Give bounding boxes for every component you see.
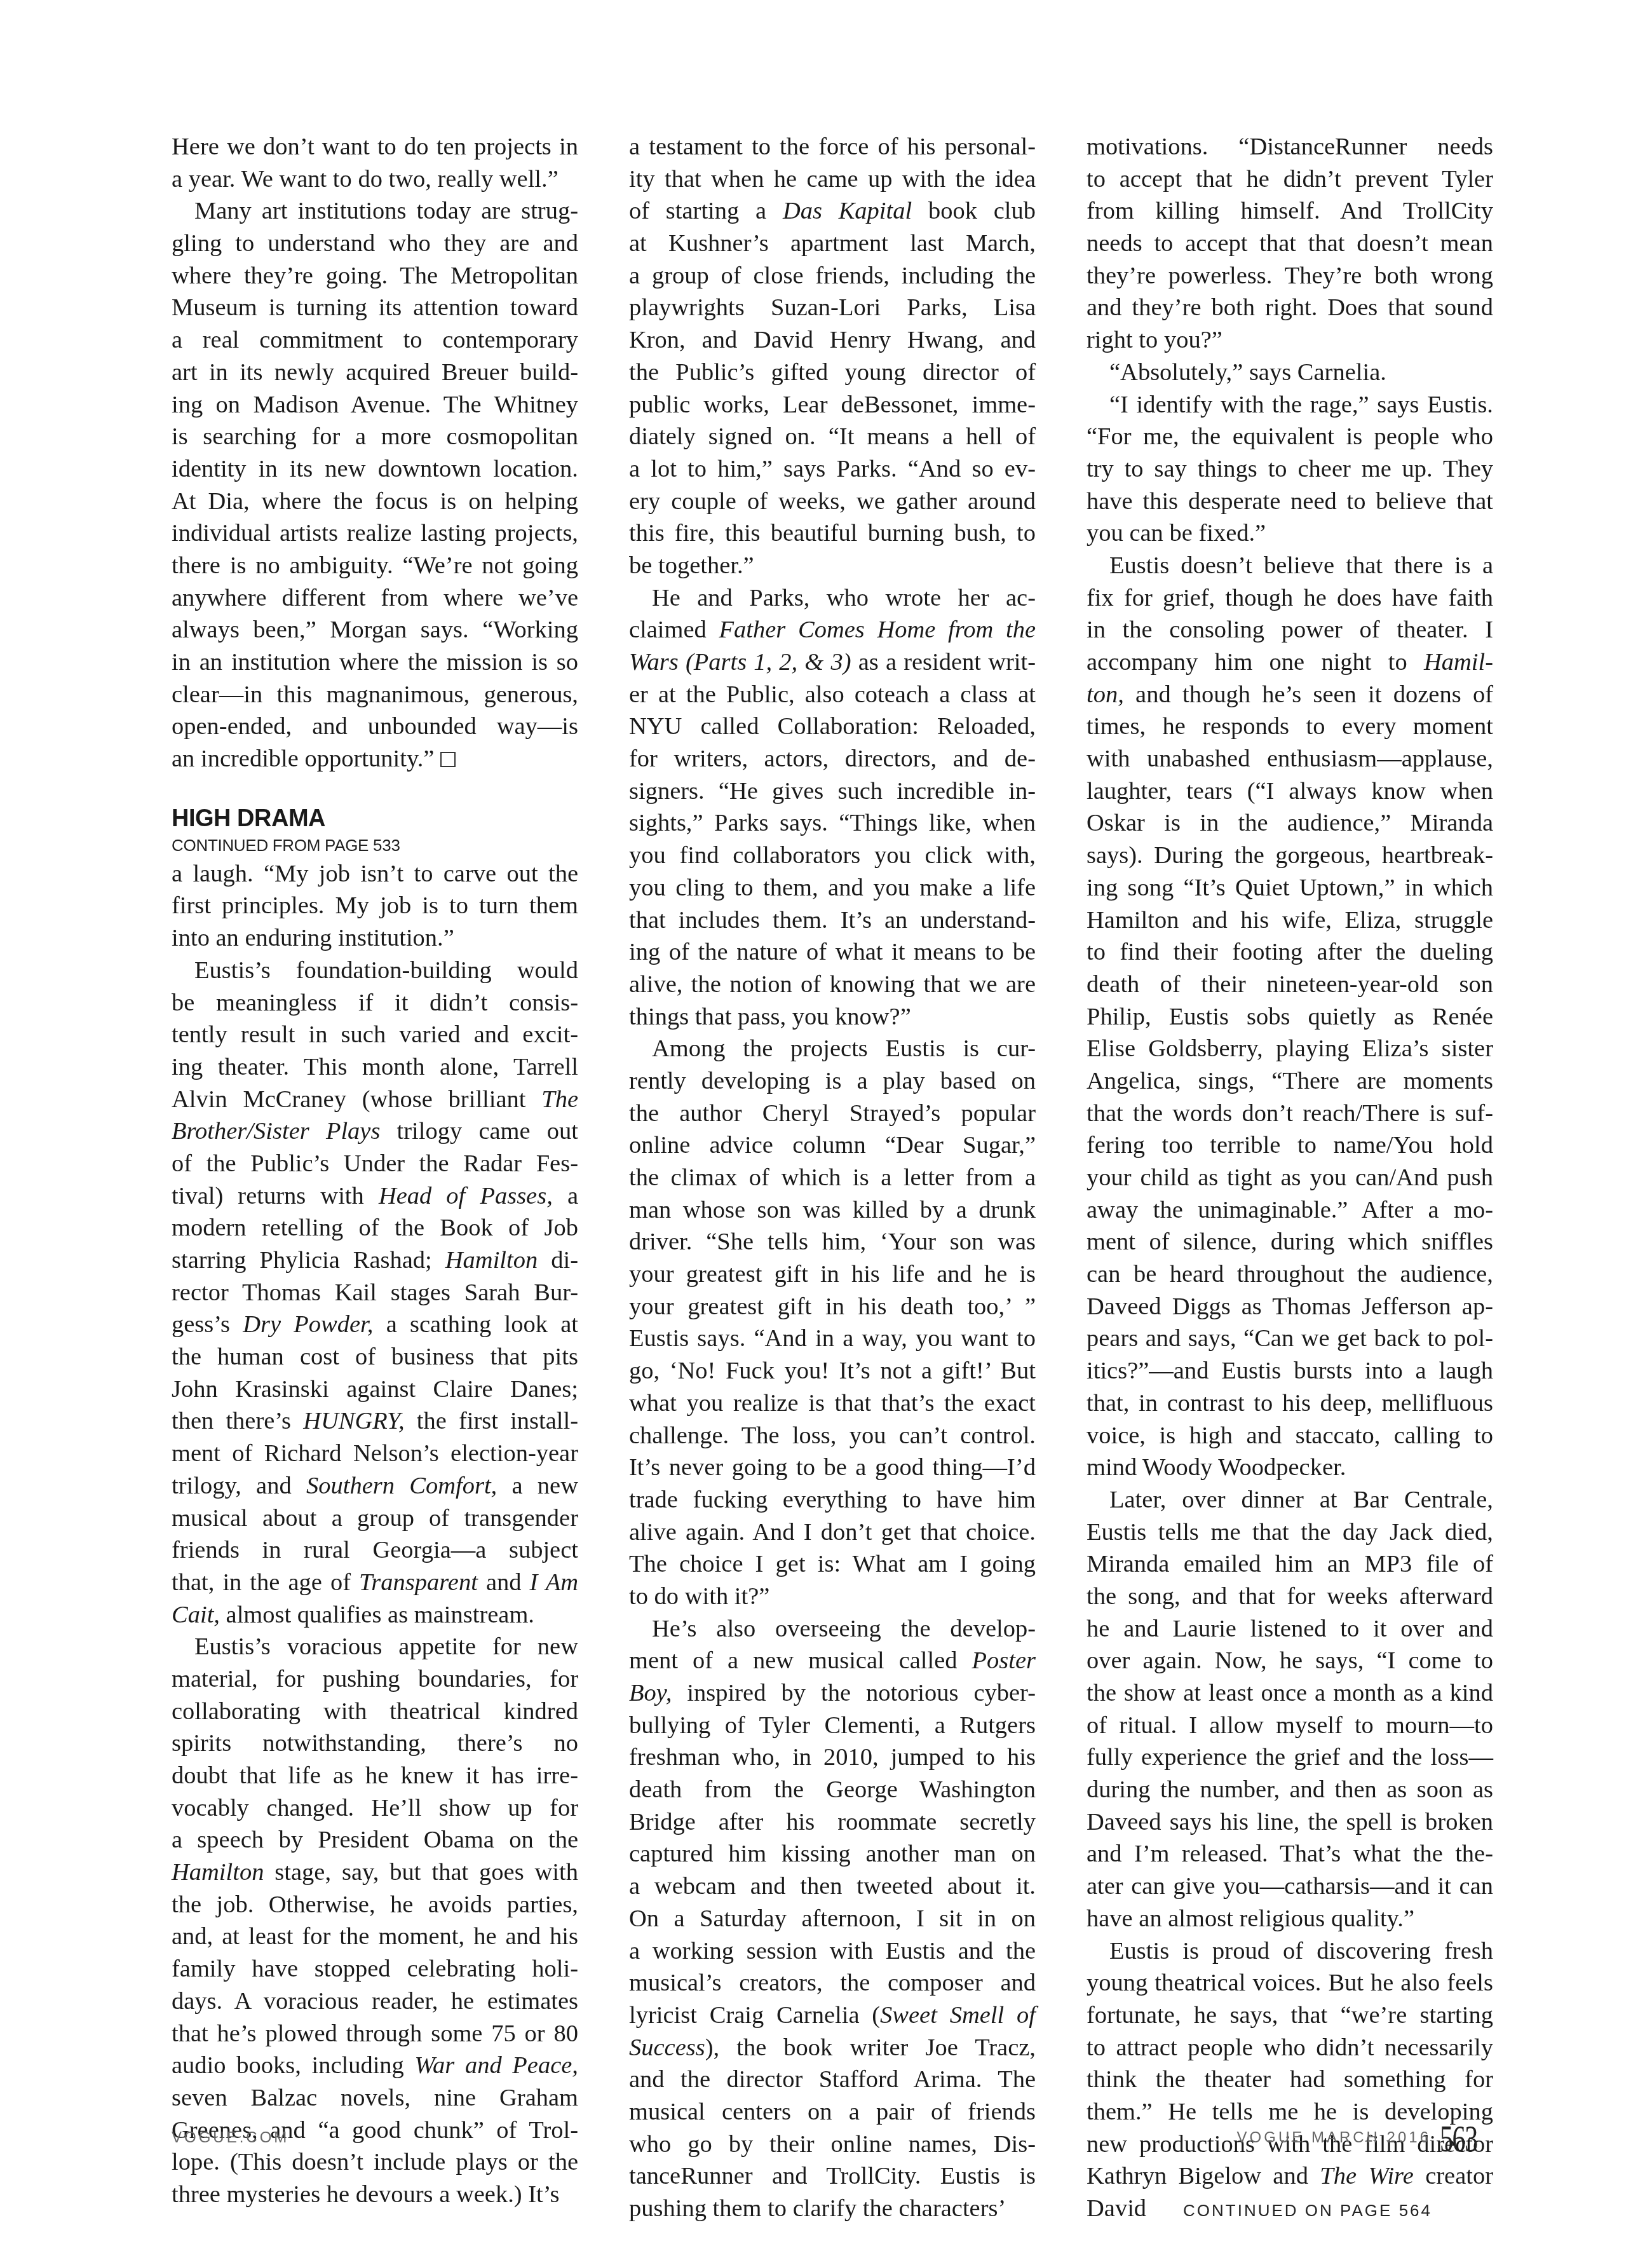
text-line: individual artists realize lasting proje… (172, 517, 578, 550)
text-line: material, for pushing boundaries, for (172, 1663, 578, 1696)
text-line: your greatest gift in his death too,’ ” (629, 1291, 1036, 1323)
text-run: anywhere different from where we’ve (172, 585, 578, 611)
text-line: there is no ambiguity. “We’re not going (172, 550, 578, 582)
text-run: and the director Stafford Arima. The (629, 2066, 1036, 2093)
text-run: rently developing is a play based on (629, 1068, 1036, 1094)
text-line: is searching for a more cosmopolitan (172, 421, 578, 453)
text-line: friends in rural Georgia—a subject (172, 1534, 578, 1567)
text-line: captured him kissing another man on (629, 1838, 1036, 1870)
text-line: playwrights Suzan-Lori Parks, Lisa (629, 292, 1036, 324)
text-line: musical centers on a pair of friends (629, 2096, 1036, 2128)
text-run: the show at least once a month as a kind (1087, 1680, 1493, 1706)
text-run: ater can give you—catharsis—and it can (1087, 1873, 1493, 1900)
text-run: ment of Richard Nelson’s election-year (172, 1440, 578, 1467)
italic-title: Cait, (172, 1602, 220, 1628)
text-run: a new (497, 1473, 578, 1499)
italic-title: Hamilton (172, 1859, 264, 1886)
text-run: sights,” Parks says. “Things like, when (629, 810, 1036, 836)
text-run: the climax of which is a letter from a (629, 1164, 1036, 1191)
text-run: motivations. “DistanceRunner needs (1087, 133, 1493, 160)
text-run: that he’s plowed through some 75 or 80 (172, 2020, 578, 2047)
text-run: material, for pushing boundaries, for (172, 1666, 578, 1692)
text-line: collaborating with theatrical kindred (172, 1696, 578, 1728)
text-run: identity in its new downtown location. (172, 456, 578, 482)
text-line: ment of a new musical called Poster (629, 1645, 1036, 1677)
text-run: that, in the age of (172, 1569, 359, 1596)
text-run: there is no ambiguity. “We’re not going (172, 552, 578, 579)
text-line: fix for grief, though he does have faith (1087, 582, 1493, 615)
text-line: family have stopped celebrating holi- (172, 1953, 578, 1985)
text-run: ing theater. This month alone, Tarrell (172, 1054, 578, 1080)
text-line: to accept that he didn’t prevent Tyler (1087, 163, 1493, 196)
text-run: lope. (This doesn’t include plays or the (172, 2149, 578, 2175)
text-line: Daveed Diggs as Thomas Jefferson ap- (1087, 1291, 1493, 1323)
text-run: the job. Otherwise, he avoids parties, (172, 1891, 578, 1918)
text-run: seven Balzac novels, nine Graham (172, 2085, 578, 2111)
text-line: pushing them to clarify the characters’ (629, 2193, 1036, 2225)
text-run: the Public’s gifted young director of (629, 359, 1036, 386)
text-line: have an almost religious quality.” (1087, 1903, 1493, 1935)
text-run: public works, Lear deBessonet, imme- (629, 391, 1036, 418)
text-run: an incredible opportunity.” (172, 745, 434, 772)
text-run: pears and says, “Can we get back to pol- (1087, 1325, 1493, 1352)
text-line: voice, is high and staccato, calling to (1087, 1420, 1493, 1452)
text-run: and (478, 1569, 530, 1596)
text-run: to accept that he didn’t prevent Tyler (1087, 166, 1493, 193)
text-line: ment of silence, during which sniffles (1087, 1226, 1493, 1258)
text-line: challenge. The loss, you can’t control. (629, 1420, 1036, 1452)
text-line: Here we don’t want to do ten projects in (172, 131, 578, 163)
text-run: you can be fixed.” (1087, 520, 1266, 547)
text-line: the author Cheryl Strayed’s popular (629, 1098, 1036, 1130)
italic-title: War and Peace, (415, 2052, 578, 2079)
text-run: the first install- (405, 1408, 578, 1434)
text-run: a lot to him,” says Parks. “And so ev- (629, 456, 1036, 482)
text-run: Kron, and David Henry Hwang, and (629, 327, 1036, 353)
text-line: DavidCONTINUED ON PAGE 564 (1087, 2193, 1493, 2225)
text-line: the job. Otherwise, he avoids parties, (172, 1889, 578, 1921)
text-run: as a resident writ- (851, 649, 1036, 676)
text-run: Eustis’s voracious appetite for new (194, 1633, 578, 1660)
text-line: Museum is turning its attention toward (172, 292, 578, 324)
text-line: right to you?” (1087, 324, 1493, 357)
text-line: that, in the age of Transparent and I Am (172, 1567, 578, 1599)
text-run: away the unimaginable.” After a mo- (1087, 1197, 1493, 1223)
text-line: Philip, Eustis sobs quietly as Renée (1087, 1001, 1493, 1033)
text-run: diately signed on. “It means a hell of (629, 423, 1036, 450)
text-line: the song, and that for weeks afterward (1087, 1581, 1493, 1613)
italic-title: Success (629, 2034, 705, 2061)
text-line: It’s never going to be a good thing—I’d (629, 1452, 1036, 1484)
text-line: musical’s creators, the composer and (629, 1967, 1036, 1999)
text-run: claimed (629, 616, 719, 643)
text-line: At Dia, where the focus is on helping (172, 486, 578, 518)
end-of-article-box-icon (440, 752, 456, 767)
text-run: first principles. My job is to turn them (172, 892, 578, 919)
text-run: Daveed Diggs as Thomas Jefferson ap- (1087, 1293, 1493, 1320)
text-run: where they’re going. The Metropolitan (172, 262, 578, 289)
text-run: collaborating with theatrical kindred (172, 1698, 578, 1725)
text-run: ment of a new musical called (629, 1647, 972, 1674)
text-line: a laugh. “My job isn’t to carve out the (172, 858, 578, 890)
italic-title: Sweet Smell of (880, 2002, 1036, 2029)
text-run: into an enduring institution.” (172, 925, 454, 951)
text-line: of starting a Das Kapital book club (629, 195, 1036, 228)
text-line: “For me, the equivalent is people who (1087, 421, 1493, 453)
text-line: of the Public’s Under the Radar Fes- (172, 1148, 578, 1180)
text-run: open-ended, and unbounded way—is (172, 713, 578, 740)
text-line: gling to understand who they are and (172, 228, 578, 260)
text-line: death of their nineteen-year-old son (1087, 969, 1493, 1001)
text-line: Angelica, sings, “There are moments (1087, 1065, 1493, 1098)
italic-title: ton, (1087, 681, 1124, 708)
text-run: a (553, 1183, 578, 1209)
text-run: for writers, actors, directors, and de- (629, 745, 1036, 772)
text-line: Alvin McCraney (whose brilliant The (172, 1084, 578, 1116)
text-run: Kathryn Bigelow and (1087, 2163, 1320, 2189)
text-line: days. A voracious reader, he estimates (172, 1985, 578, 2018)
text-line: motivations. “DistanceRunner needs (1087, 131, 1493, 163)
text-line: identity in its new downtown location. (172, 453, 578, 486)
text-run: online advice column “Dear Sugar,” (629, 1132, 1036, 1159)
text-run: ing song “It’s Quiet Uptown,” in which (1087, 875, 1493, 901)
text-run: art in its newly acquired Breuer build- (172, 359, 578, 386)
text-line: be meaningless if it didn’t consis- (172, 987, 578, 1019)
text-line: during the number, and then as soon as (1087, 1774, 1493, 1806)
text-run: gling to understand who they are and (172, 230, 578, 257)
text-line: go, ‘No! Fuck you! It’s not a gift!’ But (629, 1355, 1036, 1387)
text-line: your greatest gift in his life and he is (629, 1258, 1036, 1291)
text-run: He’s also overseeing the develop- (652, 1616, 1036, 1642)
text-run: rector Thomas Kail stages Sarah Bur- (172, 1279, 578, 1306)
text-run: what you realize is that that’s the exac… (629, 1390, 1036, 1417)
text-line: Eustis tells me that the day Jack died, (1087, 1516, 1493, 1549)
text-line: Many art institutions today are strug- (172, 195, 578, 228)
text-line: Eustis is proud of discovering fresh (1087, 1935, 1493, 1968)
text-line: and the director Stafford Arima. The (629, 2064, 1036, 2096)
text-run: Angelica, sings, “There are moments (1087, 1068, 1493, 1094)
text-run: fix for grief, though he does have faith (1087, 585, 1493, 611)
text-line: er at the Public, also coteach a class a… (629, 679, 1036, 711)
text-run: to find their footing after the dueling (1087, 939, 1493, 965)
text-line: “Absolutely,” says Carnelia. (1087, 357, 1493, 389)
text-line: doubt that life as he knew it has irre- (172, 1760, 578, 1792)
text-run: inspired by the notorious cyber- (672, 1680, 1036, 1706)
text-run: Alvin McCraney (whose brilliant (172, 1086, 541, 1113)
text-line: that he’s plowed through some 75 or 80 (172, 2018, 578, 2050)
text-line: ing of the nature of what it means to be (629, 936, 1036, 969)
text-run: that, in contrast to his deep, mellifluo… (1087, 1390, 1493, 1417)
text-line: try to say things to cheer me up. They (1087, 453, 1493, 486)
text-line: fortunate, he says, that “we’re starting (1087, 1999, 1493, 2032)
text-run: right to you?” (1087, 327, 1222, 353)
text-line: trilogy, and Southern Comfort, a new (172, 1470, 578, 1502)
text-run: think the theater had something for (1087, 2066, 1493, 2093)
text-line: Wars (Parts 1, 2, & 3) as a resident wri… (629, 646, 1036, 679)
text-run: Later, over dinner at Bar Centrale, (1109, 1487, 1493, 1513)
text-run: things that pass, you know?” (629, 1004, 911, 1030)
text-line: fering too terrible to name/You hold (1087, 1129, 1493, 1162)
text-run: Museum is turning its attention toward (172, 294, 578, 321)
text-line: tently result in such varied and excit- (172, 1019, 578, 1051)
article-column-2: a testament to the force of his personal… (629, 131, 1036, 2225)
text-line: online advice column “Dear Sugar,” (629, 1129, 1036, 1162)
text-line: you find collaborators you click with, (629, 840, 1036, 872)
text-run: death from the George Washington (629, 1776, 1036, 1803)
text-run: pushing them to clarify the characters’ (629, 2195, 1006, 2222)
text-line: a webcam and then tweeted about it. (629, 1870, 1036, 1903)
text-run: a testament to the force of his personal… (629, 133, 1036, 160)
text-run: your child as tight as you can/And push (1087, 1164, 1493, 1191)
text-line: seven Balzac novels, nine Graham (172, 2082, 578, 2114)
text-run: a group of close friends, including the (629, 262, 1036, 289)
text-run: mind Woody Woodpecker. (1087, 1454, 1346, 1481)
italic-title: The Wire (1320, 2163, 1413, 2189)
text-line: have this desperate need to believe that (1087, 486, 1493, 518)
text-run: in an institution where the mission is s… (172, 649, 578, 676)
text-run: captured him kissing another man on (629, 1841, 1036, 1867)
text-line: that includes them. It’s an understand- (629, 904, 1036, 937)
text-run: doubt that life as he knew it has irre- (172, 1762, 578, 1789)
italic-title: Boy, (629, 1680, 672, 1706)
text-line: audio books, including War and Peace, (172, 2050, 578, 2082)
text-line: into an enduring institution.” (172, 922, 578, 955)
text-line: He and Parks, who wrote her ac- (629, 582, 1036, 615)
text-line: clear—in this magnanimous, generous, (172, 679, 578, 711)
text-line: Eustis’s voracious appetite for new (172, 1631, 578, 1663)
text-line: young theatrical voices. But he also fee… (1087, 1967, 1493, 1999)
section-heading: HIGH DRAMA (172, 805, 578, 833)
text-run: itics?”—and Eustis bursts into a laugh (1087, 1358, 1493, 1384)
text-run: clear—in this magnanimous, generous, (172, 681, 578, 708)
text-line: bullying of Tyler Clementi, a Rutgers (629, 1710, 1036, 1742)
text-line: over again. Now, he says, “I come to (1087, 1645, 1493, 1677)
text-line: a real commitment to contemporary (172, 324, 578, 357)
page-number: 563 (1440, 2120, 1477, 2158)
text-run: and though he’s seen it dozens of (1124, 681, 1493, 708)
text-run: over again. Now, he says, “I come to (1087, 1647, 1493, 1674)
text-run: have an almost religious quality.” (1087, 1905, 1414, 1932)
text-line: accompany him one night to Hamil- (1087, 646, 1493, 679)
text-line: laughter, tears (“I always know when (1087, 775, 1493, 808)
italic-title: Father Comes Home from the (719, 616, 1036, 643)
text-run: friends in rural Georgia—a subject (172, 1537, 578, 1563)
text-run: trilogy came out (380, 1118, 578, 1145)
text-run: audio books, including (172, 2052, 415, 2079)
text-run: challenge. The loss, you can’t control. (629, 1422, 1036, 1449)
text-line: you can be fixed.” (1087, 517, 1493, 550)
text-run: spirits notwithstanding, there’s no (172, 1730, 578, 1757)
text-line: “I identify with the rage,” says Eustis. (1087, 389, 1493, 421)
text-line: John Krasinski against Claire Danes; (172, 1373, 578, 1406)
text-line: ing song “It’s Quiet Uptown,” in which (1087, 872, 1493, 904)
continued-on-label: CONTINUED ON PAGE 564 (1183, 2201, 1432, 2220)
text-run: tival) returns with (172, 1183, 379, 1209)
text-line: says). During the gorgeous, heartbreak- (1087, 840, 1493, 872)
text-run: man whose son was killed by a drunk (629, 1197, 1036, 1223)
text-line: ing on Madison Avenue. The Whitney (172, 389, 578, 421)
text-run: the song, and that for weeks afterward (1087, 1583, 1493, 1610)
text-run: times, he responds to every moment (1087, 713, 1493, 740)
text-run: you cling to them, and you make a life (629, 875, 1036, 901)
text-run: John Krasinski against Claire Danes; (172, 1376, 578, 1403)
text-run: Eustis says. “And in a way, you want to (629, 1325, 1036, 1352)
italic-title: HUNGRY, (303, 1408, 404, 1434)
text-line: Kathryn Bigelow and The Wire creator (1087, 2160, 1493, 2193)
text-run: at Kushner’s apartment last March, (629, 230, 1036, 257)
text-line: spirits notwithstanding, there’s no (172, 1727, 578, 1760)
text-run: stage, say, but that goes with (264, 1859, 578, 1886)
text-line: ment of Richard Nelson’s election-year (172, 1438, 578, 1470)
text-line: lyricist Craig Carnelia (Sweet Smell of (629, 1999, 1036, 2032)
text-line: then there’s HUNGRY, the first install- (172, 1405, 578, 1438)
text-run: a real commitment to contemporary (172, 327, 578, 353)
italic-title: Transparent (359, 1569, 478, 1596)
text-run: ing on Madison Avenue. The Whitney (172, 391, 578, 418)
text-line: to attract people who didn’t necessarily (1087, 2032, 1493, 2064)
text-run: gess’s (172, 1311, 243, 1338)
text-run: a working session with Eustis and the (629, 1938, 1036, 1964)
text-line: who go by their online names, Dis- (629, 2128, 1036, 2161)
text-line: trade fucking everything to have him (629, 1484, 1036, 1516)
text-run: individual artists realize lasting proje… (172, 520, 578, 547)
text-line: think the theater had something for (1087, 2064, 1493, 2096)
text-line: that, in contrast to his deep, mellifluo… (1087, 1387, 1493, 1420)
text-line: starring Phylicia Rashad; Hamilton di- (172, 1244, 578, 1277)
text-run: and they’re both right. Does that sound (1087, 294, 1493, 321)
text-line: tanceRunner and TrollCity. Eustis is (629, 2160, 1036, 2193)
text-line: this fire, this beautiful burning bush, … (629, 517, 1036, 550)
text-run: needs to accept that that doesn’t mean (1087, 230, 1493, 257)
text-run: three mysteries he devours a week.) It’s (172, 2181, 559, 2208)
text-line: times, he responds to every moment (1087, 711, 1493, 743)
text-run: er at the Public, also coteach a class a… (629, 681, 1036, 708)
text-line: a year. We want to do two, really well.” (172, 163, 578, 196)
text-run: It’s never going to be a good thing—I’d (629, 1454, 1036, 1481)
text-line: Eustis doesn’t believe that there is a (1087, 550, 1493, 582)
text-line: Bridge after his roommate secretly (629, 1806, 1036, 1839)
text-run: ing of the nature of what it means to be (629, 939, 1036, 965)
italic-title: Poster (972, 1647, 1036, 1674)
text-run: Eustis tells me that the day Jack died, (1087, 1519, 1493, 1546)
text-line: can be heard throughout the audience, (1087, 1258, 1493, 1291)
text-run: go, ‘No! Fuck you! It’s not a gift!’ But (629, 1358, 1036, 1384)
text-run: musical centers on a pair of friends (629, 2099, 1036, 2125)
text-line: ery couple of weeks, we gather around (629, 486, 1036, 518)
text-line: of ritual. I allow myself to mourn—to (1087, 1710, 1493, 1742)
text-line: Oskar is in the audience,” Miranda (1087, 807, 1493, 840)
text-run: alive, the notion of knowing that we are (629, 971, 1036, 998)
text-line: Success), the book writer Joe Tracz, (629, 2032, 1036, 2064)
text-run: accompany him one night to (1087, 649, 1424, 676)
text-line: NYU called Collaboration: Reloaded, (629, 711, 1036, 743)
text-run: the human cost of business that pits (172, 1344, 578, 1370)
text-line: a testament to the force of his personal… (629, 131, 1036, 163)
text-line: Daveed says his line, the spell is broke… (1087, 1806, 1493, 1839)
text-run: can be heard throughout the audience, (1087, 1261, 1493, 1288)
text-run: you find collaborators you click with, (629, 842, 1036, 869)
italic-title: Hamilton (445, 1247, 538, 1274)
section-subhead: CONTINUED FROM PAGE 533 (172, 833, 578, 858)
text-run: with unabashed enthusiasm—applause, (1087, 745, 1493, 772)
text-line: musical about a group of transgender (172, 1502, 578, 1535)
text-run: Miranda emailed him an MP3 file of (1087, 1551, 1493, 1577)
text-run: Eustis is proud of discovering fresh (1109, 1938, 1493, 1964)
text-line: On a Saturday afternoon, I sit in on (629, 1903, 1036, 1935)
italic-title: Brother/Sister Plays (172, 1118, 380, 1145)
text-run: tently result in such varied and excit- (172, 1021, 578, 1048)
text-run: he and Laurie listened to it over and (1087, 1616, 1493, 1642)
text-run: that the words don’t reach/There is suf- (1087, 1100, 1493, 1127)
text-line: things that pass, you know?” (629, 1001, 1036, 1033)
text-run: of the Public’s Under the Radar Fes- (172, 1150, 578, 1177)
text-run: laughter, tears (“I always know when (1087, 778, 1493, 805)
text-run: modern retelling of the Book of Job (172, 1215, 578, 1241)
text-line: ing theater. This month alone, Tarrell (172, 1051, 578, 1084)
text-run: days. A voracious reader, he estimates (172, 1988, 578, 2015)
text-run: musical about a group of transgender (172, 1505, 578, 1532)
text-run: musical’s creators, the composer and (629, 1970, 1036, 1996)
text-line: three mysteries he devours a week.) It’s (172, 2179, 578, 2211)
text-run: book club (912, 198, 1036, 224)
text-line: death from the George Washington (629, 1774, 1036, 1806)
text-run: NYU called Collaboration: Reloaded, (629, 713, 1036, 740)
text-line: man whose son was killed by a drunk (629, 1194, 1036, 1227)
text-line: Boy, inspired by the notorious cyber- (629, 1677, 1036, 1710)
text-run: young theatrical voices. But he also fee… (1087, 1970, 1493, 1996)
text-run: At Dia, where the focus is on helping (172, 488, 578, 515)
text-run: vocably changed. He’ll show up for (172, 1795, 578, 1821)
text-line: Kron, and David Henry Hwang, and (629, 324, 1036, 357)
italic-title: Head of Passes, (379, 1183, 553, 1209)
text-run: says). During the gorgeous, heartbreak- (1087, 842, 1493, 869)
text-run: Daveed says his line, the spell is broke… (1087, 1809, 1493, 1835)
text-run: that includes them. It’s an understand- (629, 907, 1036, 934)
text-line: an incredible opportunity.” (172, 743, 578, 775)
text-line: public works, Lear deBessonet, imme- (629, 389, 1036, 421)
text-run: freshman who, in 2010, jumped to his (629, 1744, 1036, 1771)
text-run: The choice I get is: What am I going (629, 1551, 1036, 1577)
text-line: Eustis says. “And in a way, you want to (629, 1323, 1036, 1355)
text-run: always been,” Morgan says. “Working (172, 616, 578, 643)
text-run: be together.” (629, 552, 754, 579)
text-run: fortunate, he says, that “we’re starting (1087, 2002, 1493, 2029)
italic-title: Dry Powder, (243, 1311, 373, 1338)
text-run: bullying of Tyler Clementi, a Rutgers (629, 1712, 1036, 1739)
text-line: claimed Father Comes Home from the (629, 614, 1036, 646)
text-line: Cait, almost qualifies as mainstream. (172, 1599, 578, 1631)
text-line: itics?”—and Eustis bursts into a laugh (1087, 1355, 1493, 1387)
text-run: Philip, Eustis sobs quietly as Renée (1087, 1004, 1493, 1030)
text-run: ), the book writer Joe Tracz, (705, 2034, 1036, 2061)
text-run: starring Phylicia Rashad; (172, 1247, 445, 1274)
text-line: signers. “He gives such incredible in- (629, 775, 1036, 808)
text-run: Among the projects Eustis is cur- (652, 1035, 1036, 1062)
text-line: modern retelling of the Book of Job (172, 1212, 578, 1244)
text-line: sights,” Parks says. “Things like, when (629, 807, 1036, 840)
text-line: for writers, actors, directors, and de- (629, 743, 1036, 775)
footer-issue-block: VOGUE MARCH 2016 563 (1237, 2120, 1493, 2158)
text-run: family have stopped celebrating holi- (172, 1956, 578, 1982)
text-run: Bridge after his roommate secretly (629, 1809, 1036, 1835)
text-line: He’s also overseeing the develop- (629, 1613, 1036, 1645)
text-line: gess’s Dry Powder, a scathing look at (172, 1309, 578, 1341)
text-line: be together.” (629, 550, 1036, 582)
text-run: ity that when he came up with the idea (629, 166, 1036, 193)
text-run: a speech by President Obama on the (172, 1827, 578, 1853)
text-run: Many art institutions today are strug- (194, 198, 578, 224)
text-line: Hamilton and his wife, Eliza, struggle (1087, 904, 1493, 937)
